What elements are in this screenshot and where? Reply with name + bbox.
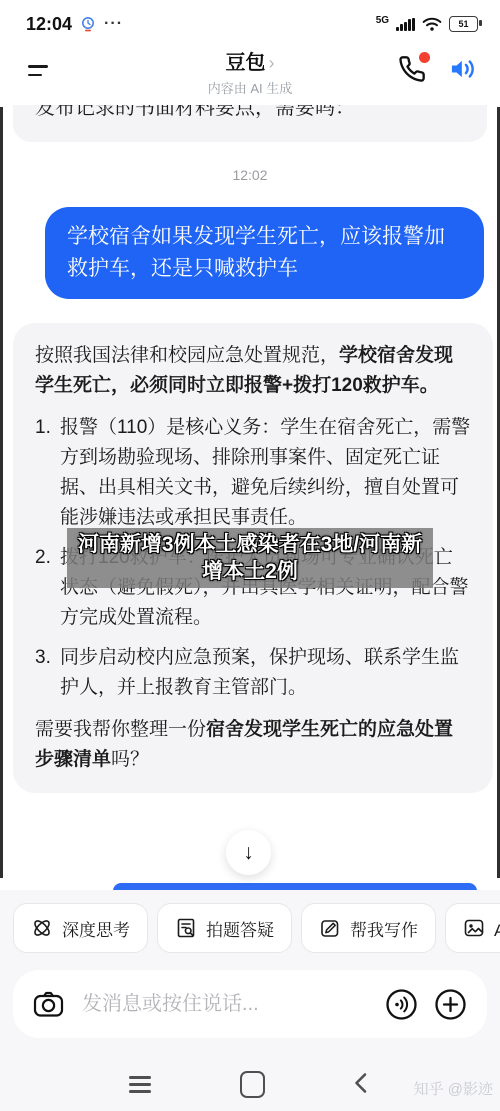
chat-scroll-area[interactable]: 发布记录的书面材料要点，需要吗： 12:02 学校宿舍如果发现学生死亡，应该报警… [0, 105, 500, 890]
network-type-label: 5G [376, 15, 389, 26]
phone-screen: 12:04 ··· 5G [0, 0, 500, 1111]
clock-time: 12:04 [26, 14, 72, 35]
bottom-panel: 深度思考 拍题答疑 [0, 890, 500, 1111]
user-message-bubble: 学校宿舍如果发现学生死亡，应该报警加救护车，还是只喊救护车 [45, 207, 484, 299]
message-timestamp: 12:02 [0, 167, 500, 183]
app-header: 豆包› 内容由 AI 生成 [0, 42, 500, 105]
signal-bars-icon [396, 18, 415, 31]
message-input-bar [13, 970, 487, 1038]
camera-icon[interactable] [33, 990, 64, 1018]
nav-home-icon[interactable] [240, 1071, 265, 1098]
source-watermark: 知乎 @影迹 [414, 1078, 493, 1099]
edit-icon [319, 917, 341, 939]
nav-recents-icon[interactable] [129, 1076, 151, 1093]
message-input[interactable] [80, 992, 369, 1017]
battery-level: 51 [458, 19, 468, 29]
list-item: 1. 报警（110）是核心义务：学生在宿舍死亡，需警方到场勘验现场、排除刑事案件… [35, 413, 471, 533]
chip-write-help[interactable]: 帮我写作 [301, 903, 436, 953]
android-nav-bar: 知乎 @影迹 [0, 1038, 500, 1111]
chevron-right-icon: › [269, 53, 275, 73]
speaker-button[interactable] [448, 55, 478, 83]
ai-intro-paragraph: 按照我国法律和校园应急处置规范，学校宿舍发现学生死亡，必须同时立即报警+拨打12… [35, 341, 471, 401]
battery-icon: 51 [449, 16, 478, 32]
chip-photo-solve[interactable]: 拍题答疑 [157, 903, 292, 953]
plus-icon[interactable] [434, 988, 467, 1021]
left-edge-strip [0, 107, 3, 878]
tool-chips-row: 深度思考 拍题答疑 [0, 890, 500, 953]
nav-back-icon[interactable] [353, 1072, 368, 1094]
clipped-message-text: 发布记录的书面材料要点，需要吗： [35, 105, 465, 124]
arrow-down-icon: ↓ [243, 841, 254, 865]
scroll-to-bottom-button[interactable]: ↓ [226, 830, 271, 875]
image-icon [463, 917, 485, 939]
ai-message-bubble-clipped: 发布记录的书面材料要点，需要吗： [13, 105, 487, 142]
list-item: 3. 同步启动校内应急预案，保护现场、联系学生监护人，并上报教育主管部门。 [35, 643, 471, 703]
doc-search-icon [175, 917, 197, 939]
user-message-text: 学校宿舍如果发现学生死亡，应该报警加救护车，还是只喊救护车 [67, 225, 445, 280]
atom-icon [31, 917, 53, 939]
chip-deep-think[interactable]: 深度思考 [13, 903, 148, 953]
ai-outro-paragraph: 需要我帮你整理一份宿舍发现学生死亡的应急处置步骤清单吗？ [35, 715, 471, 775]
notification-app-icon [81, 16, 95, 32]
voice-call-button[interactable] [398, 55, 426, 83]
wifi-icon [422, 16, 442, 32]
call-badge-dot [419, 52, 430, 63]
hidden-suggestion-button-top[interactable] [113, 883, 477, 890]
voice-wave-icon[interactable] [385, 988, 418, 1021]
more-notifications-icon: ··· [104, 15, 123, 33]
news-watermark-overlay: 河南新增3例本土感染者在3地/河南新增本土2例 [67, 528, 433, 588]
status-bar: 12:04 ··· 5G [0, 0, 500, 42]
chip-ai-image[interactable]: AI 生图 [445, 903, 500, 953]
